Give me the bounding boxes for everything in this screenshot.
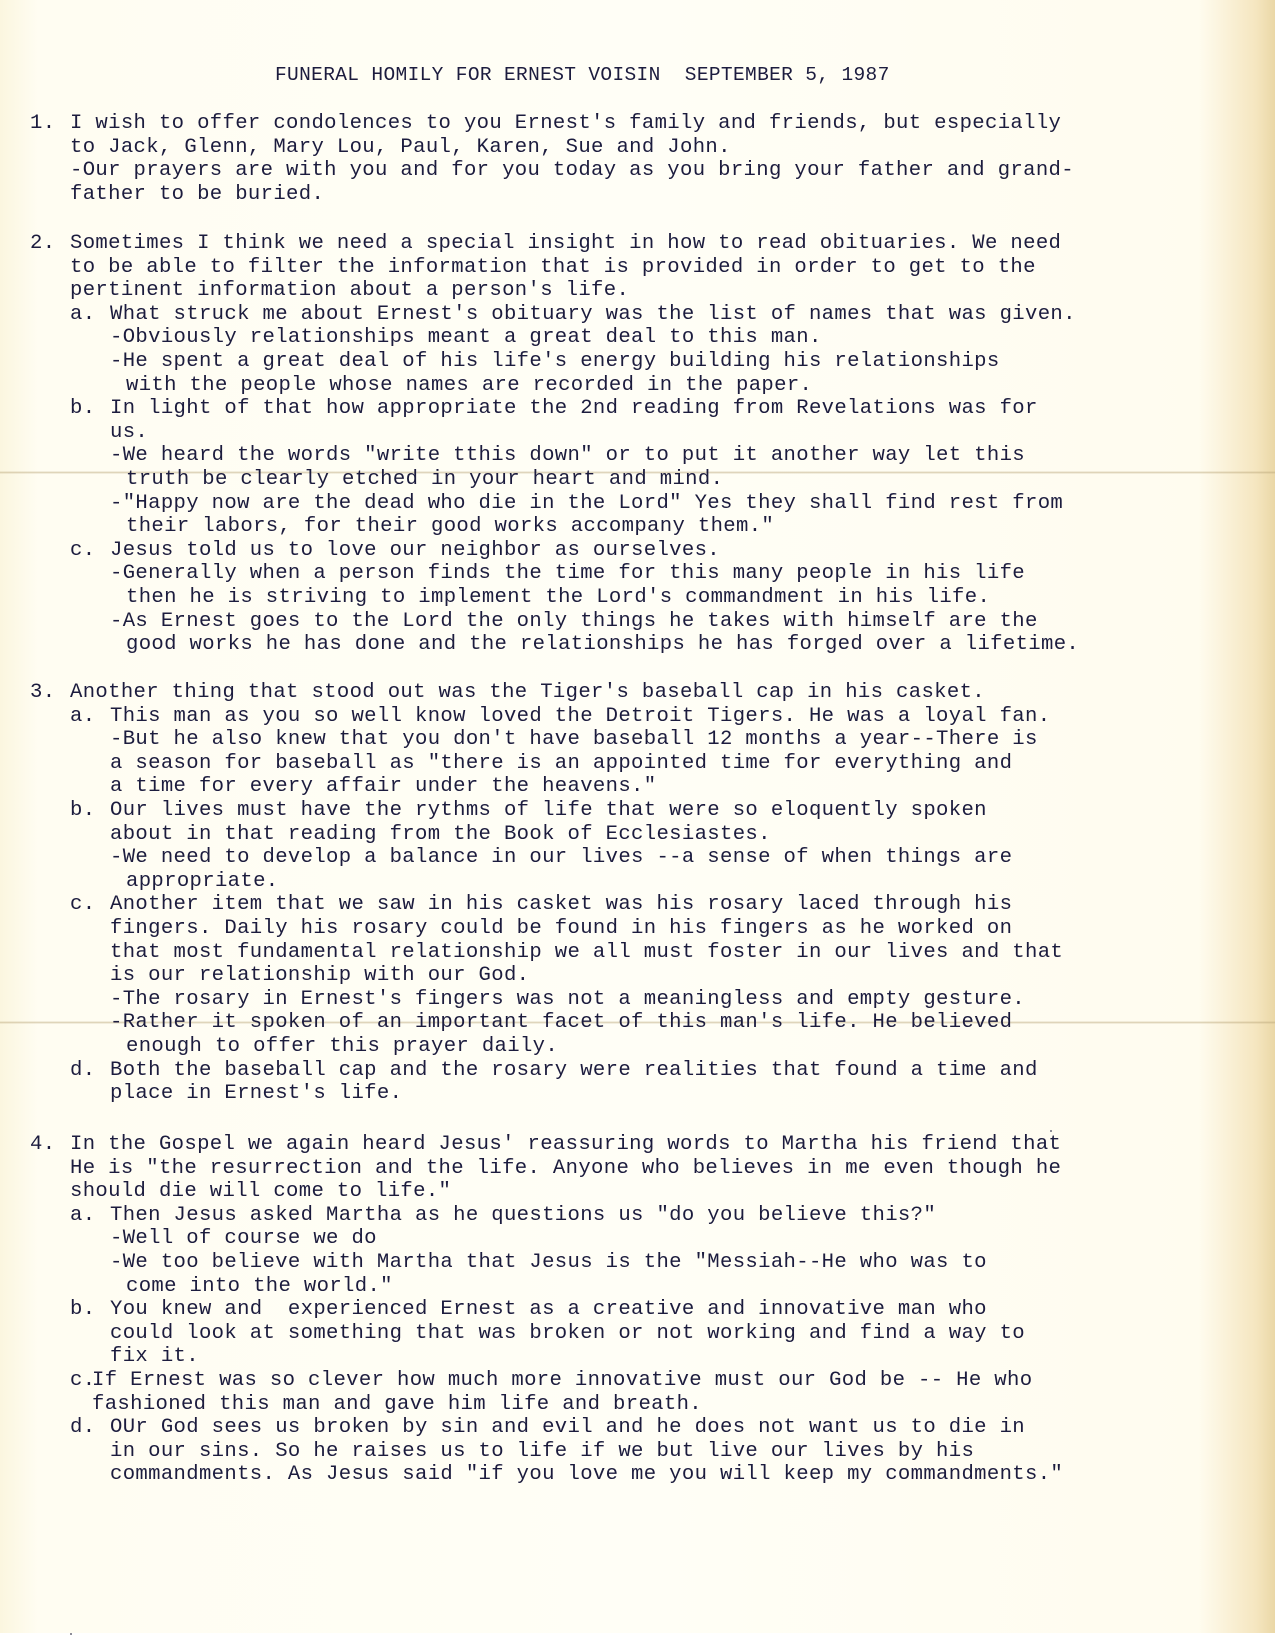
section-text-line: father to be buried.	[70, 183, 324, 207]
bullet-point-line: -We too believe with Martha that Jesus i…	[110, 1251, 987, 1275]
item-text-line: Jesus told us to love our neighbor as ou…	[110, 539, 720, 563]
section-text-line: to be able to filter the information tha…	[70, 256, 1036, 280]
item-text-line: in our sins. So he raises us to life if …	[110, 1440, 974, 1464]
section-number: 2.	[30, 232, 55, 256]
paper-speck	[1050, 1130, 1052, 1132]
bullet-point-line: -Well of course we do	[110, 1227, 377, 1251]
bullet-point-line: -We need to develop a balance in our liv…	[110, 846, 1012, 870]
item-letter: b.	[70, 397, 95, 421]
document-title: FUNERAL HOMILY FOR ERNEST VOISIN SEPTEMB…	[0, 64, 1275, 86]
item-letter: a.	[70, 1204, 95, 1228]
bullet-point-line: -He spent a great deal of his life's ene…	[110, 350, 1000, 374]
bullet-point-line: good works he has done and the relations…	[126, 633, 1079, 657]
item-text-line: is our relationship with our God.	[110, 964, 529, 988]
item-text-line: that most fundamental relationship we al…	[110, 941, 1063, 965]
item-letter: a.	[70, 705, 95, 729]
bullet-point-line: with the people whose names are recorded…	[126, 374, 812, 398]
bullet-point-line: then he is striving to implement the Lor…	[126, 586, 990, 610]
item-text-line: fix it.	[110, 1345, 199, 1369]
item-text-line: This man as you so well know loved the D…	[110, 705, 1050, 729]
item-text-line: Our lives must have the rythms of life t…	[110, 799, 987, 823]
item-text-line: us.	[110, 421, 148, 445]
section-text-line: to Jack, Glenn, Mary Lou, Paul, Karen, S…	[70, 136, 731, 160]
item-letter: c.	[70, 893, 95, 917]
item-letter: d.	[70, 1416, 95, 1440]
section-text-line: In the Gospel we again heard Jesus' reas…	[70, 1133, 1061, 1157]
item-text-line: In light of that how appropriate the 2nd…	[110, 397, 1038, 421]
section-text-line: should die will come to life."	[70, 1180, 451, 1204]
item-text-line: fingers. Daily his rosary could be found…	[110, 917, 1012, 941]
section-text-line: He is "the resurrection and the life. An…	[70, 1157, 1061, 1181]
item-text-line: What struck me about Ernest's obituary w…	[110, 303, 1076, 327]
item-text-line: place in Ernest's life.	[110, 1082, 402, 1106]
item-letter: b.	[70, 1298, 95, 1322]
section-text-line: -Our prayers are with you and for you to…	[70, 159, 1074, 183]
item-text-line: Another item that we saw in his casket w…	[110, 893, 1012, 917]
item-text-line: about in that reading from the Book of E…	[110, 823, 771, 847]
item-text-line: If Ernest was so clever how much more in…	[92, 1369, 1032, 1393]
section-number: 3.	[30, 681, 55, 705]
bullet-point-line: -Generally when a person finds the time …	[110, 562, 1025, 586]
section-text-line: Sometimes I think we need a special insi…	[70, 232, 1061, 256]
bullet-point-line: -Rather it spoken of an important facet …	[110, 1011, 1012, 1035]
item-text-line: You knew and experienced Ernest as a cre…	[110, 1298, 987, 1322]
bullet-point-line: truth be clearly etched in your heart an…	[126, 468, 723, 492]
section-number: 1.	[30, 112, 55, 136]
bullet-point-line: -As Ernest goes to the Lord the only thi…	[110, 610, 1038, 634]
item-letter: c.	[70, 539, 95, 563]
item-text-line: OUr God sees us broken by sin and evil a…	[110, 1416, 1025, 1440]
item-letter: a.	[70, 303, 95, 327]
bullet-point-line: -We heard the words "write tthis down" o…	[110, 444, 1025, 468]
section-number: 4.	[30, 1133, 55, 1157]
item-text-line: commandments. As Jesus said "if you love…	[110, 1463, 1063, 1487]
bullet-point-line: a season for baseball as "there is an ap…	[110, 752, 1012, 776]
bullet-point-line: come into the world."	[126, 1275, 393, 1299]
item-text-line: fashioned this man and gave him life and…	[92, 1393, 702, 1417]
item-letter: d.	[70, 1059, 95, 1083]
item-letter: b.	[70, 799, 95, 823]
bullet-point-line: -But he also knew that you don't have ba…	[110, 728, 1038, 752]
bullet-point-line: enough to offer this prayer daily.	[126, 1035, 558, 1059]
bullet-point-line: -"Happy now are the dead who die in the …	[110, 492, 1063, 516]
bullet-point-line: appropriate.	[126, 870, 279, 894]
bullet-point-line: -The rosary in Ernest's fingers was not …	[110, 988, 1025, 1012]
section-text-line: pertinent information about a person's l…	[70, 279, 629, 303]
bullet-point-line: their labors, for their good works accom…	[126, 515, 774, 539]
section-text-line: Another thing that stood out was the Tig…	[70, 681, 985, 705]
item-text-line: Both the baseball cap and the rosary wer…	[110, 1059, 1038, 1083]
section-text-line: I wish to offer condolences to you Ernes…	[70, 112, 1061, 136]
bullet-point-line: a time for every affair under the heaven…	[110, 775, 656, 799]
item-text-line: could look at something that was broken …	[110, 1322, 1025, 1346]
item-text-line: Then Jesus asked Martha as he questions …	[110, 1204, 936, 1228]
bullet-point-line: -Obviously relationships meant a great d…	[110, 326, 822, 350]
paper-speck	[70, 1633, 72, 1635]
